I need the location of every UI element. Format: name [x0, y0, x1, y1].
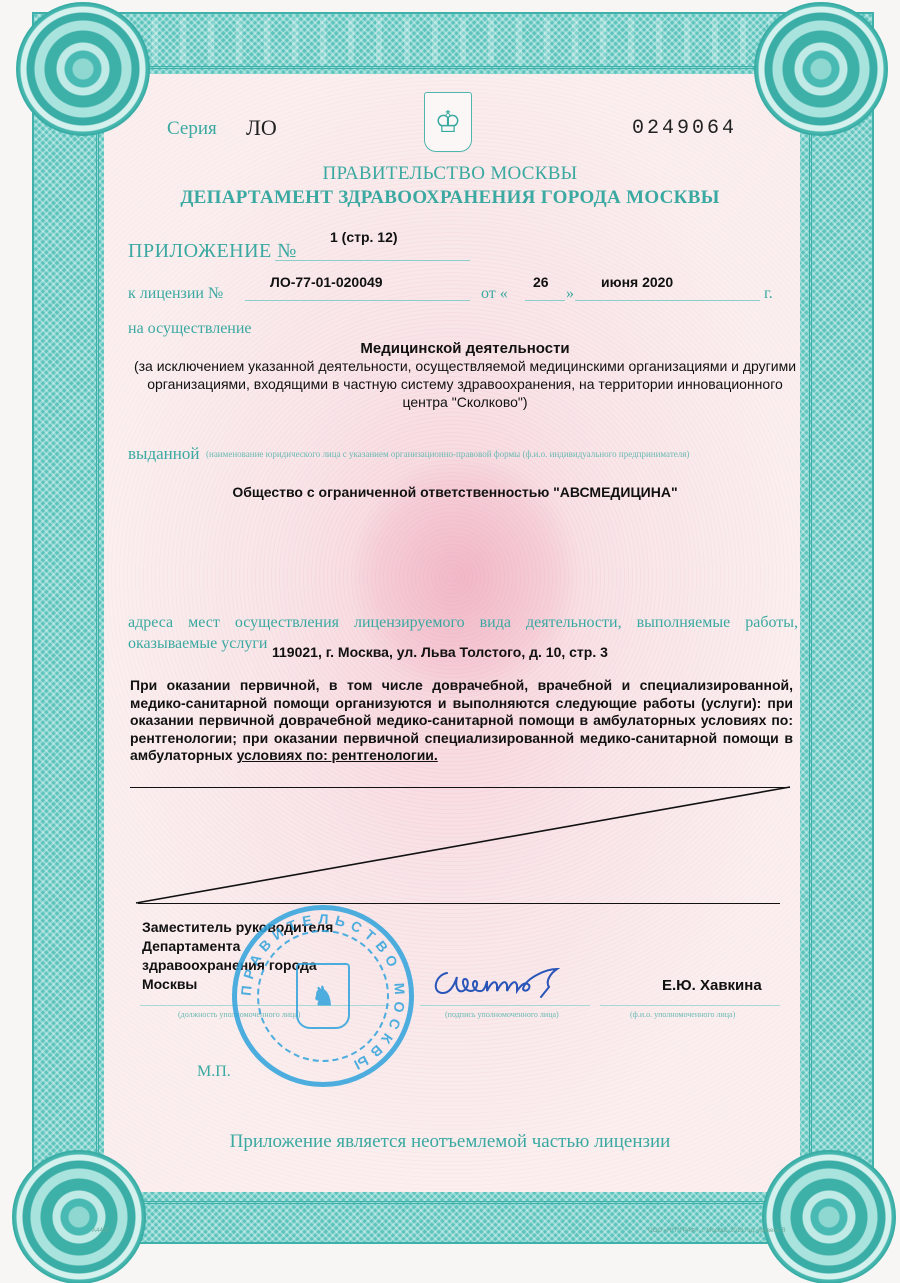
- issued-hint: (наименование юридического лица с указан…: [206, 449, 689, 459]
- date-day-line: [525, 300, 565, 301]
- name-hint: (ф.и.о. уполномоченного лица): [630, 1010, 735, 1019]
- series-value: ЛО: [246, 115, 277, 141]
- activity-details: (за исключением указанной деятельности, …: [130, 357, 800, 411]
- date-from-label: от «: [481, 285, 508, 303]
- government-title: ПРАВИТЕЛЬСТВО МОСКВЫ: [0, 163, 900, 185]
- signer-name: Е.Ю. Хавкина: [662, 977, 762, 994]
- license-label: к лицензии №: [128, 285, 223, 303]
- appendix-label: ПРИЛОЖЕНИЕ №: [128, 240, 297, 263]
- form-code: А4407: [92, 1228, 109, 1234]
- border-pattern: [40, 18, 860, 64]
- rosette-icon: [12, 1150, 146, 1283]
- signature-hint: (подпись уполномоченного лица): [445, 1010, 559, 1019]
- services-tail: условиях по: рентгенологии.: [237, 747, 438, 763]
- activity-block: Медицинской деятельности (за исключением…: [130, 340, 800, 411]
- coat-of-arms-icon: ♔: [424, 92, 472, 152]
- year-suffix: г.: [764, 285, 773, 303]
- appendix-value: 1 (стр. 12): [330, 229, 398, 245]
- organization-name: Общество с ограниченной ответственностью…: [110, 484, 800, 500]
- issued-label: выданной: [128, 444, 199, 464]
- rosette-icon: [16, 2, 150, 136]
- appendix-line: [275, 260, 470, 261]
- series-label: Серия: [167, 118, 217, 140]
- date-day: 26: [533, 274, 549, 290]
- license-appendix-sheet: ♔ Серия ЛО 0249064 ПРАВИТЕЛЬСТВО МОСКВЫ …: [0, 0, 900, 1283]
- rosette-icon: [754, 2, 888, 136]
- department-title: ДЕПАРТАМЕНТ ЗДРАВООХРАНЕНИЯ ГОРОДА МОСКВ…: [0, 187, 900, 209]
- license-number: ЛО-77-01-020049: [270, 274, 383, 290]
- rosette-icon: [762, 1150, 896, 1283]
- stamp-ring-text: ПРАВИТЕЛЬСТВО МОСКВЫ: [232, 905, 414, 1087]
- activity-title: Медицинской деятельности: [130, 340, 800, 357]
- name-line: [600, 1005, 780, 1006]
- signature-line: [420, 1005, 590, 1006]
- serial-number: 0249064: [632, 117, 737, 140]
- footer-note: Приложение является неотъемлемой частью …: [0, 1131, 900, 1153]
- date-month-line: [575, 300, 760, 301]
- services-text: При оказании первичной, в том числе довр…: [130, 677, 793, 765]
- license-line: [245, 300, 470, 301]
- implementation-label: на осуществление: [128, 320, 252, 338]
- z-strike-bottom-line: [138, 903, 780, 904]
- signature-icon: [425, 955, 615, 1005]
- date-close-quote: »: [566, 285, 574, 303]
- z-strike-diagonal: [130, 785, 792, 905]
- services-body: При оказании первичной, в том числе довр…: [130, 677, 793, 763]
- stamp-place-label: М.П.: [197, 1063, 231, 1081]
- date-month-year: июня 2020: [601, 274, 673, 290]
- official-stamp: ПРАВИТЕЛЬСТВО МОСКВЫ ♞: [232, 905, 414, 1087]
- address-value: 119021, г. Москва, ул. Льва Толстого, д.…: [272, 644, 608, 660]
- svg-text:ПРАВИТЕЛЬСТВО МОСКВЫ: ПРАВИТЕЛЬСТВО МОСКВЫ: [238, 911, 409, 1076]
- printer-info: ООО «Н*Т*ГРАФ», г. Москва, 2018 год, уро…: [648, 1228, 785, 1234]
